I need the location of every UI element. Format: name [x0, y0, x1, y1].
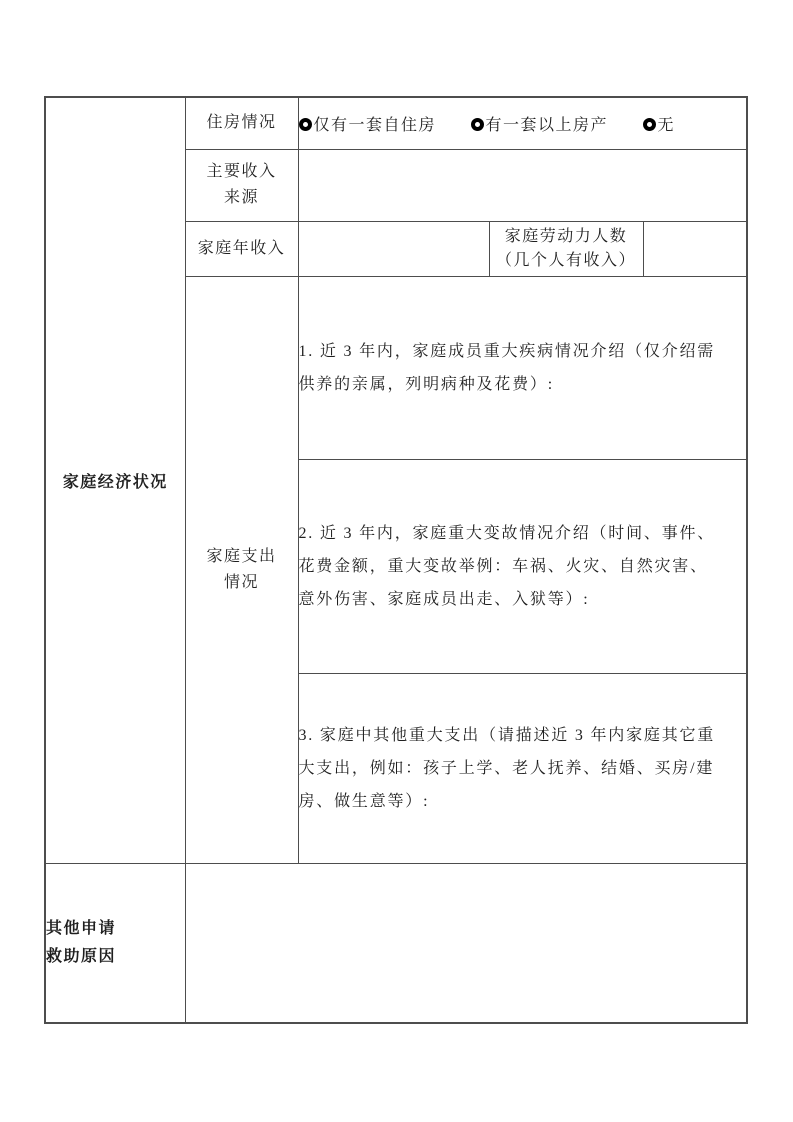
expenditure-label: 家庭支出 情况 [185, 276, 298, 863]
labor-force-field[interactable] [643, 221, 747, 276]
housing-options: 仅有一套自住房 有一套以上房产 无 [298, 97, 747, 149]
radio-icon [299, 118, 312, 131]
document-page: 家庭经济状况 住房情况 仅有一套自住房 有一套以上房产 无 主要收入 来源 家庭… [0, 0, 793, 1122]
other-reason-field[interactable] [185, 863, 747, 1023]
annual-income-field[interactable] [298, 221, 489, 276]
other-major-expense-field[interactable]: 3. 家庭中其他重大支出（请描述近 3 年内家庭其它重 大支出，例如：孩子上学、… [298, 673, 747, 863]
annual-income-label: 家庭年收入 [185, 221, 298, 276]
major-illness-prompt: 1. 近 3 年内，家庭成员重大疾病情况介绍（仅介绍需 供养的亲属，列明病种及花… [299, 335, 747, 401]
housing-option-single-home[interactable]: 仅有一套自住房 [299, 112, 437, 135]
radio-icon [471, 118, 484, 131]
income-source-label: 主要收入 来源 [185, 149, 298, 221]
radio-icon [643, 118, 656, 131]
other-major-expense-prompt: 3. 家庭中其他重大支出（请描述近 3 年内家庭其它重 大支出，例如：孩子上学、… [299, 719, 747, 818]
housing-label: 住房情况 [185, 97, 298, 149]
housing-option-label: 仅有一套自住房 [314, 117, 437, 134]
housing-option-none[interactable]: 无 [643, 112, 676, 135]
major-accident-field[interactable]: 2. 近 3 年内，家庭重大变故情况介绍（时间、事件、 花费金额，重大变故举例：… [298, 459, 747, 673]
major-accident-prompt: 2. 近 3 年内，家庭重大变故情况介绍（时间、事件、 花费金额，重大变故举例：… [299, 517, 747, 616]
section-family-economic-status: 家庭经济状况 [45, 97, 185, 863]
income-source-field[interactable] [298, 149, 747, 221]
labor-force-label: 家庭劳动力人数 （几个人有收入） [489, 221, 643, 276]
housing-option-label: 有一套以上房产 [486, 117, 609, 134]
section-other-application-reason: 其他申请 救助原因 [45, 863, 185, 1023]
housing-option-multiple-homes[interactable]: 有一套以上房产 [471, 112, 609, 135]
major-illness-field[interactable]: 1. 近 3 年内，家庭成员重大疾病情况介绍（仅介绍需 供养的亲属，列明病种及花… [298, 276, 747, 459]
housing-option-label: 无 [658, 117, 676, 134]
application-form-table: 家庭经济状况 住房情况 仅有一套自住房 有一套以上房产 无 主要收入 来源 家庭… [44, 96, 748, 1024]
